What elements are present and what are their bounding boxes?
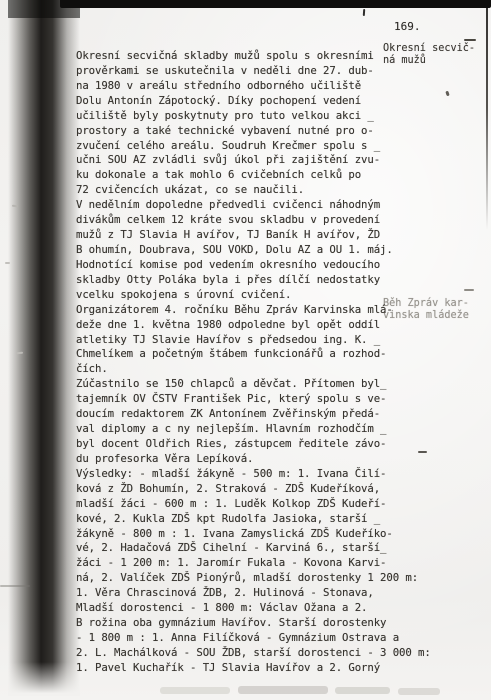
- text-line: čích.: [76, 362, 476, 377]
- text-line: skladby Otty Poláka byla i přes dílčí ne…: [76, 273, 476, 288]
- text-line: prověrkami se uskutečnila v neděli dne 2…: [76, 64, 476, 79]
- scan-speck: [464, 39, 476, 41]
- text-line: doucím redaktorem ZK Antonínem Zvěřinský…: [76, 407, 476, 422]
- text-line: Organizátorem 4. ročníku Běhu Zpráv Karv…: [76, 303, 476, 318]
- text-line: 1. Věra Chrascinová ŽDB, 2. Hulinová - S…: [76, 586, 476, 601]
- text-line: Okresní secvičná skladby mužů spolu s ok…: [76, 49, 476, 64]
- text-line: V nedělním dopoledne předvedli cvičenci …: [76, 198, 476, 213]
- scan-smudge: [160, 687, 230, 694]
- text-line: 72 cvičencích ukázat, co se naučili.: [76, 183, 476, 198]
- scan-line-right: [486, 8, 488, 230]
- text-line: 2. L. Machálková - SOU ŽDB, starší doros…: [76, 646, 476, 661]
- scan-smudge: [398, 688, 440, 695]
- book-gutter-shadow: [8, 0, 80, 696]
- scan-speck: [5, 262, 10, 264]
- scan-speck: [363, 9, 365, 16]
- text-line: kové, 2. Kukla ZDŠ kpt Rudolfa Jasioka, …: [76, 512, 476, 527]
- text-line: žákyně - 800 m : 1. Ivana Zamyslická ZDŠ…: [76, 527, 476, 542]
- text-line: ná, 2. Valíček ZDŠ Pionýrů, mladší doros…: [76, 571, 476, 586]
- text-line: 1. Pavel Kuchařík - TJ Slavia Havířov a …: [76, 661, 476, 676]
- text-line: Chmelíkem a početným štábem funkcionářů …: [76, 347, 476, 362]
- typewritten-text: Okresní secvičná skladby mužů spolu s ok…: [76, 49, 476, 676]
- scan-speck: [418, 451, 427, 453]
- scan-speck: [464, 289, 474, 291]
- text-line: val diplomy a c ny nejlepším. Hlavním ro…: [76, 422, 476, 437]
- scan-speck: [0, 585, 30, 587]
- scan-smudge: [335, 687, 390, 694]
- text-line: Mladší dorostenci - 1 800 m: Václav Ožan…: [76, 601, 476, 616]
- text-line: B rožina oba gymnázium Havířov. Starší d…: [76, 616, 476, 631]
- text-line: divákům celkem 12 kráte svou skladbu v p…: [76, 213, 476, 228]
- text-line: zvučení celého areálu. Soudruh Krečmer s…: [76, 139, 476, 154]
- text-line: ku dokonale a tak mohlo 6 cvičebních cel…: [76, 168, 476, 183]
- text-line: ková z ŽD Bohumín, 2. Straková - ZDŠ Kud…: [76, 482, 476, 497]
- text-line: deže dne 1. května 1980 odpoledne byl op…: [76, 318, 476, 333]
- text-line: tajemník OV ČSTV František Pic, který sp…: [76, 392, 476, 407]
- scan-smudge: [238, 686, 328, 694]
- text-line: vcelku spokojena s úrovní cvičení.: [76, 288, 476, 303]
- text-line: prostory a také technické vybavení nutné…: [76, 124, 476, 139]
- text-line: Výsledky: - mladší žákyně - 500 m: 1. Iv…: [76, 467, 476, 482]
- text-line: Hodnotící komise pod vedením okresního v…: [76, 258, 476, 273]
- text-line: byl docent Oldřich Ries, zástupcem ředit…: [76, 437, 476, 452]
- text-line: - 1 800 m : 1. Anna Filíčková - Gymnáziu…: [76, 631, 476, 646]
- text-line: učni SOU AZ zvládli svůj úkol při zajišt…: [76, 153, 476, 168]
- scanned-page: 169. Okresní secvič- ná mužů Běh Zpráv k…: [0, 0, 491, 700]
- text-line: na 1980 v areálu středního odborného uči…: [76, 79, 476, 94]
- text-line: mladší žáci - 600 m : 1. Luděk Kolkop ZD…: [76, 497, 476, 512]
- text-line: B ohumín, Doubrava, SOU VOKD, Dolu AZ a …: [76, 243, 476, 258]
- scan-edge-top: [60, 0, 491, 8]
- text-line: mužů z TJ Slavia H avířov, TJ Baník H av…: [76, 228, 476, 243]
- text-line: vé, 2. Hadačová ZDŠ Cihelní - Karviná 6.…: [76, 541, 476, 556]
- text-line: Dolu Antonín Zápotocký. Díky pochopení v…: [76, 94, 476, 109]
- text-line: učiliště byly poskytnuty pro tuto velkou…: [76, 109, 476, 124]
- page-number: 169.: [394, 20, 421, 33]
- text-line: Zúčastnilo se 150 chlapců a děvčat. Přít…: [76, 377, 476, 392]
- text-line: du profesorka Věra Lepíková.: [76, 452, 476, 467]
- text-line: žáci - 1 200 m: 1. Jaromír Fukala - Kovo…: [76, 556, 476, 571]
- text-line: atletiky TJ Slavie Havířov s předsedou i…: [76, 333, 476, 348]
